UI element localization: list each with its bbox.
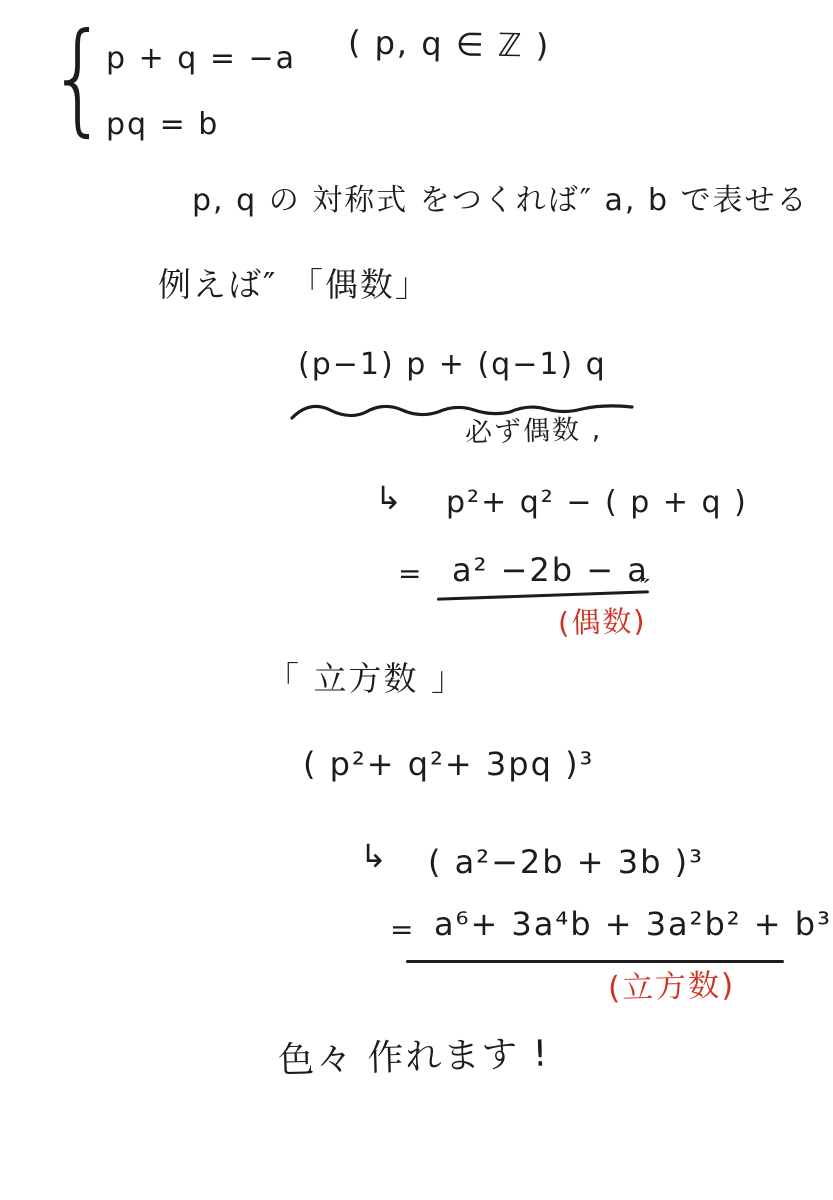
- equals-sign-even: =: [398, 560, 423, 588]
- heading-cube: 「 立方数 」: [266, 662, 466, 695]
- note-symmetric-explanation: p, q の 対称式 をつくれば″ a, b で表せる: [192, 186, 809, 216]
- underline-even: [437, 590, 649, 600]
- equation-product: pq = b: [106, 110, 219, 140]
- underline-cube: [406, 960, 784, 963]
- expr-even-result: a² −2b − a: [452, 554, 649, 586]
- arrow-cube-icon: ↳: [360, 840, 389, 872]
- label-even-red: (偶数): [558, 607, 647, 638]
- label-cube-red: (立方数): [608, 970, 736, 1004]
- handwritten-note-page: { p + q = −a ( p, q ∈ ℤ ) pq = b p, q の …: [0, 0, 833, 1200]
- arrow-even-icon: ↳: [375, 482, 404, 514]
- expr-even: (p−1) p + (q−1) q: [298, 350, 607, 380]
- equals-sign-cube: =: [390, 916, 415, 944]
- domain-condition: ( p, q ∈ ℤ ): [348, 26, 551, 62]
- closing-note: 色々 作れます !: [278, 1036, 550, 1079]
- system-brace: {: [48, 18, 110, 139]
- expr-cube: ( p²+ q²+ 3pq )³: [303, 748, 594, 780]
- expr-cube-expanded: ( a²−2b + 3b )³: [428, 846, 704, 878]
- note-always-even: 必ず偶数 ,: [465, 416, 603, 447]
- equation-sum: p + q = −a: [106, 44, 296, 74]
- expr-even-expanded: p²+ q² − ( p + q ): [446, 488, 748, 518]
- note-example-even: 例えば″ 「偶数」: [158, 268, 430, 301]
- expr-cube-result: a⁶+ 3a⁴b + 3a²b² + b³: [434, 908, 832, 940]
